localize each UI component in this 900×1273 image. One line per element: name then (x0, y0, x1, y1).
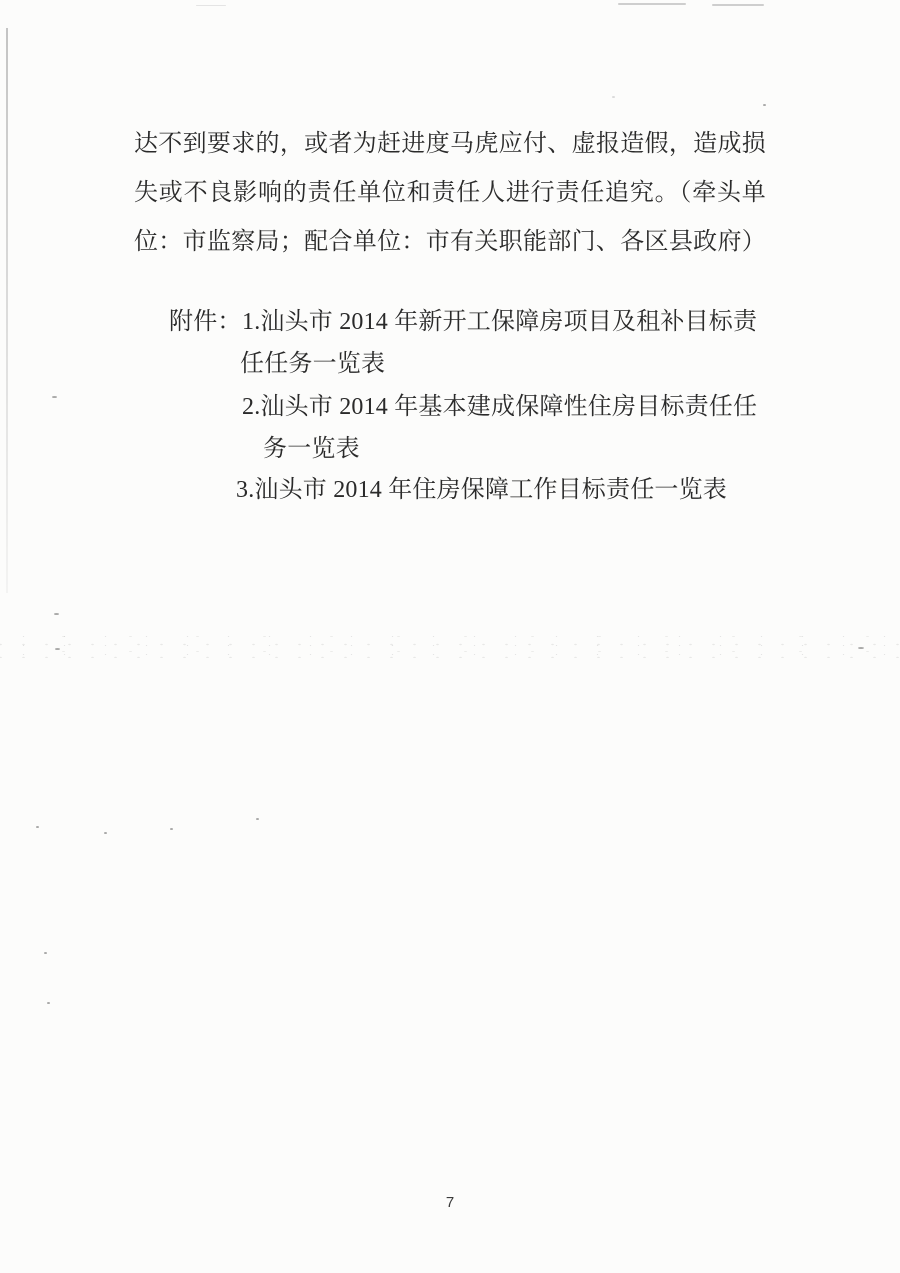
scan-speck (36, 826, 39, 828)
page-number: 7 (440, 1194, 460, 1211)
scan-speck (612, 96, 615, 98)
attachment-item-2-continued: 务一览表 (263, 428, 360, 470)
scan-edge-line (6, 28, 8, 593)
document-page: 达不到要求的，或者为赶进度马虎应付、虚报造假，造成损 失或不良影响的责任单位和责… (0, 0, 900, 1273)
attachment-item-1-continued: 任任务一览表 (240, 343, 385, 385)
scan-speck (54, 613, 59, 615)
scan-speck (52, 396, 57, 398)
scan-speck (170, 828, 173, 830)
scan-smudge (196, 5, 226, 6)
scan-smudge (712, 4, 764, 6)
paragraph-line: 位：市监察局；配合单位：市有关职能部门、各区县政府） (134, 218, 766, 267)
attachment-item-1: 1.汕头市 2014 年新开工保障房项目及租补目标责 (242, 301, 757, 343)
scan-speck (104, 832, 107, 834)
body-paragraph: 达不到要求的，或者为赶进度马虎应付、虚报造假，造成损 失或不良影响的责任单位和责… (134, 120, 766, 267)
attachments-label: 附件： (169, 301, 242, 343)
scan-speck (763, 104, 766, 106)
scan-speck (55, 648, 60, 650)
scan-speck (256, 818, 259, 820)
scan-noise-band (0, 636, 900, 658)
scan-speck (858, 647, 864, 649)
paragraph-line: 达不到要求的，或者为赶进度马虎应付、虚报造假，造成损 (134, 120, 766, 169)
scan-smudge (618, 3, 686, 5)
attachment-item-3: 3.汕头市 2014 年住房保障工作目标责任一览表 (236, 469, 727, 511)
scan-speck (44, 952, 47, 954)
scan-speck (47, 1002, 50, 1004)
paragraph-line: 失或不良影响的责任单位和责任人进行责任追究。（牵头单 (134, 169, 766, 218)
attachment-item-2: 2.汕头市 2014 年基本建成保障性住房目标责任任 (242, 386, 757, 428)
